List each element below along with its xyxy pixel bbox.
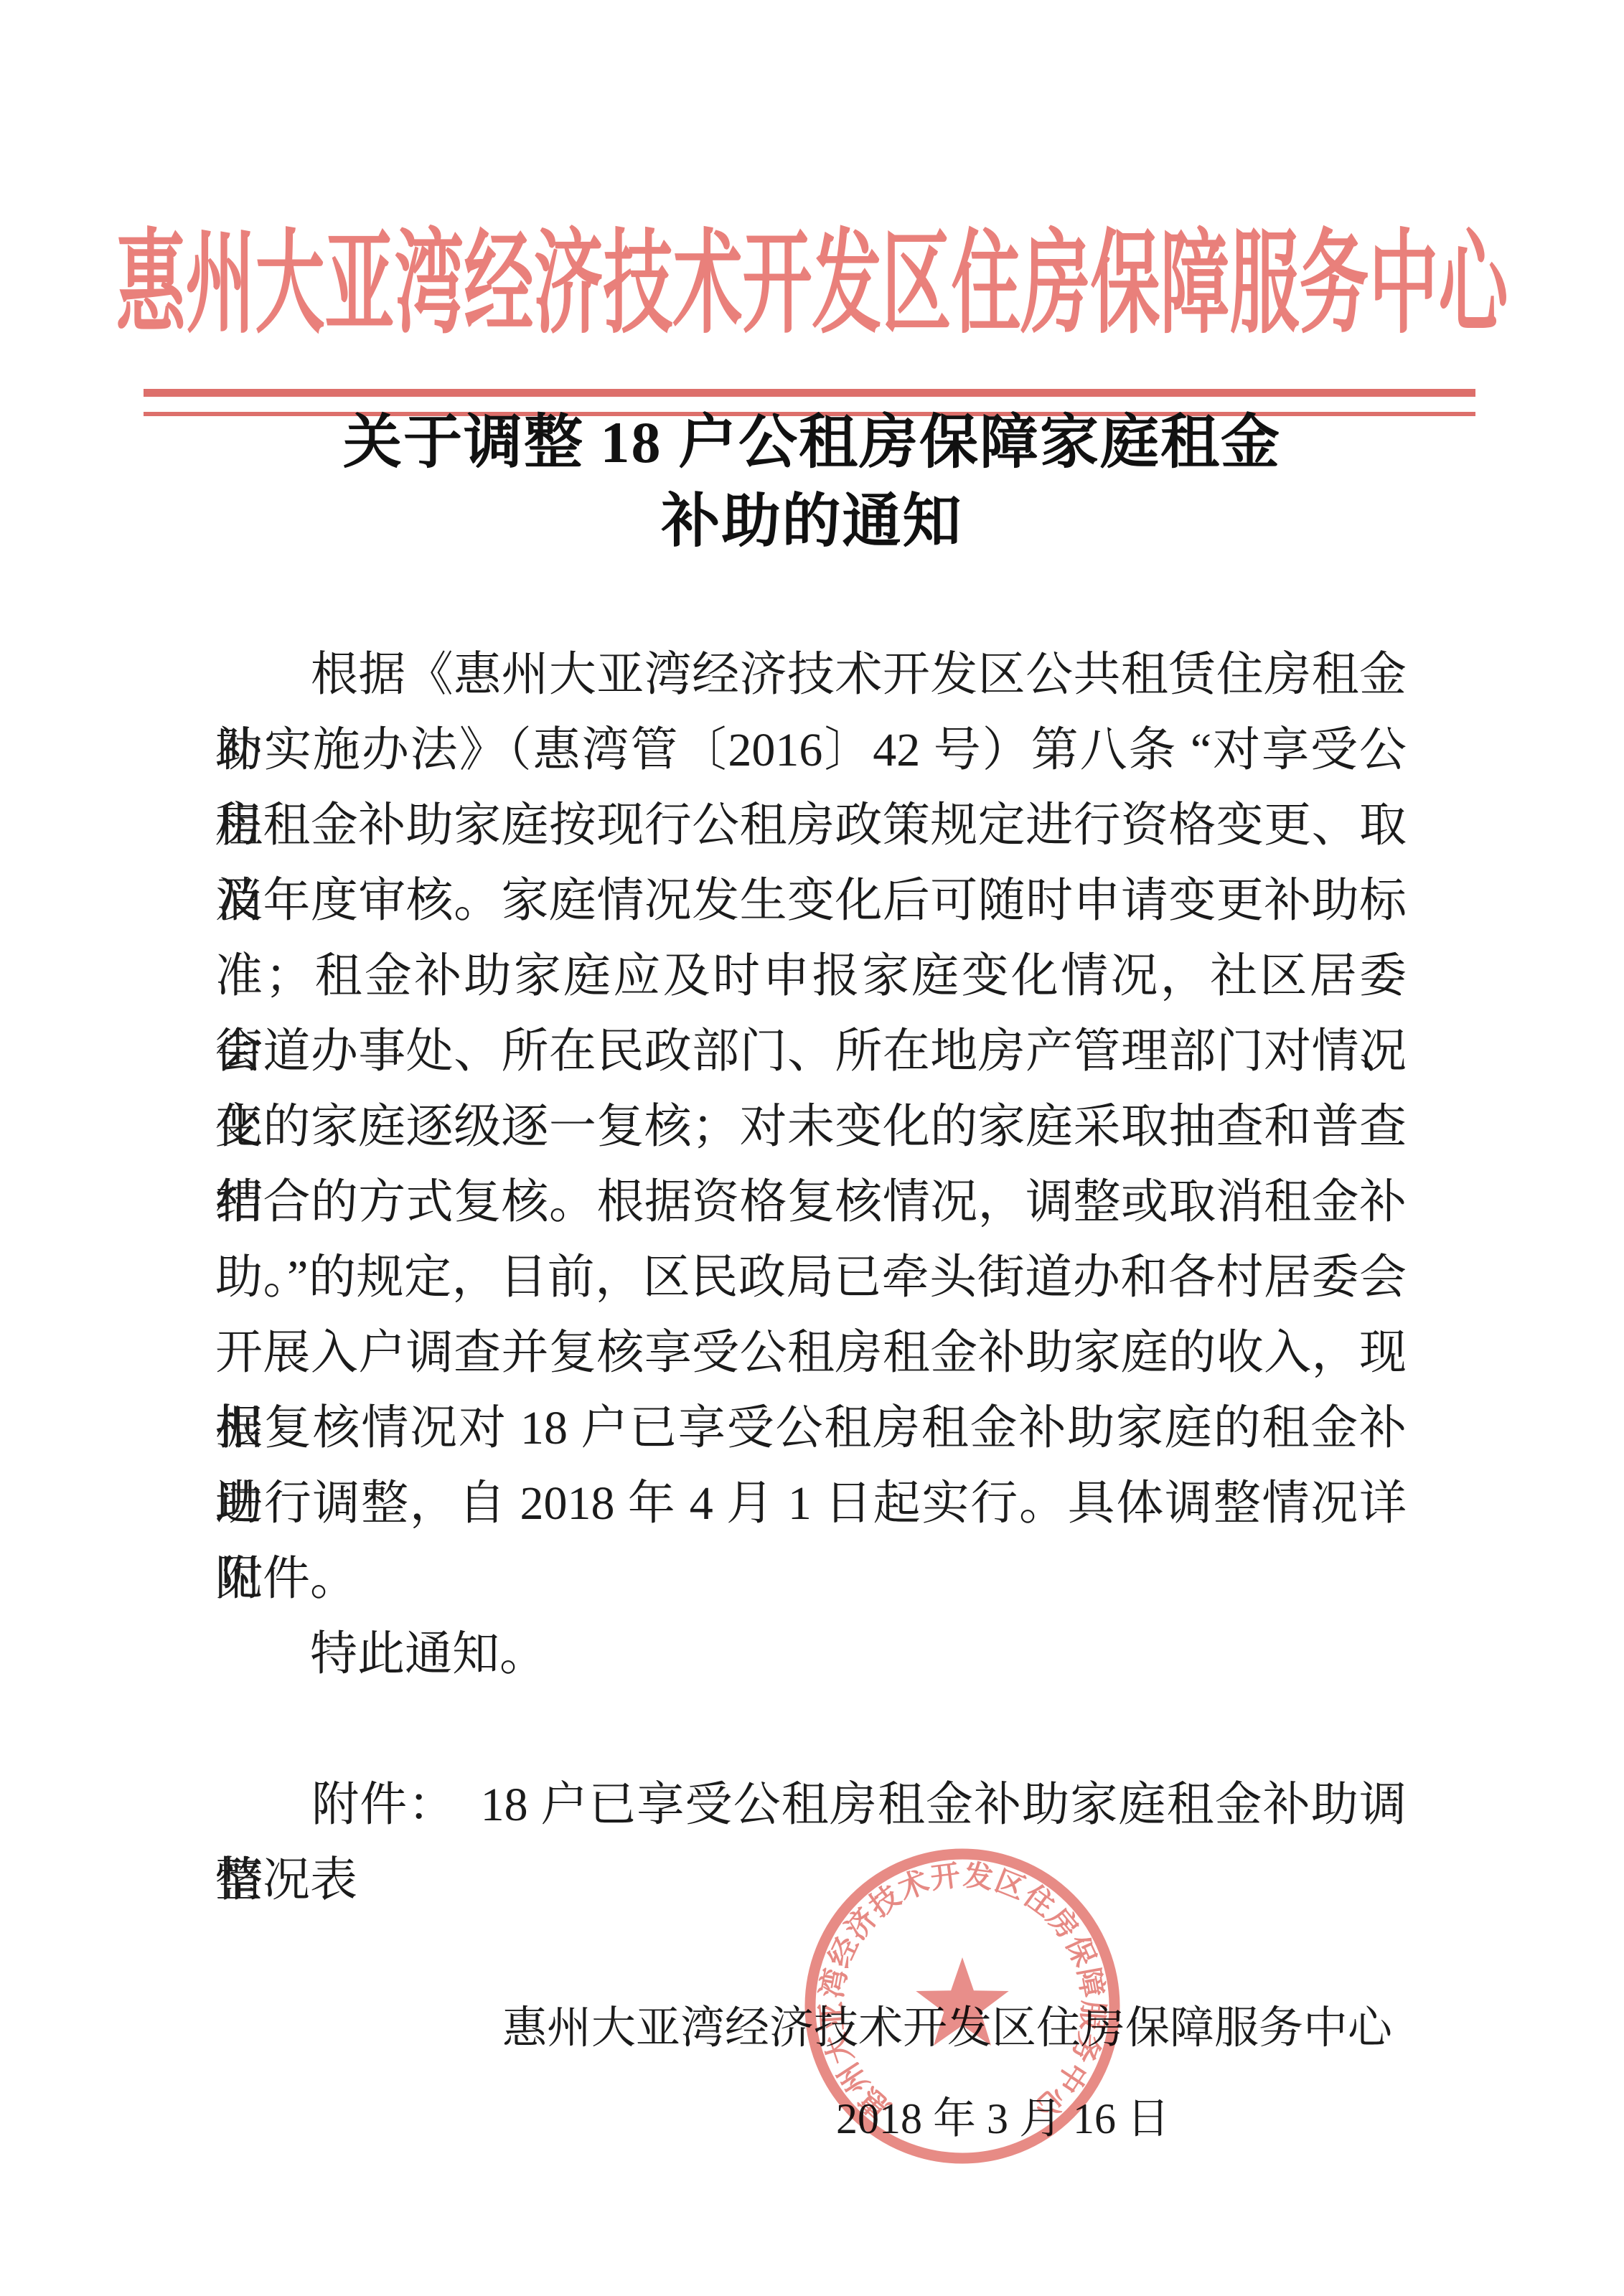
letterhead-rule-thick xyxy=(144,389,1475,397)
notice-title-line-2: 补助的通知 xyxy=(0,482,1624,561)
body-line: 街道办事处、所在民政部门、所在地房产管理部门对情况变 xyxy=(215,1014,1407,1089)
body-line: 准；租金补助家庭应及时申报家庭变化情况，社区居委会、 xyxy=(215,938,1407,1014)
body-line: 助实施办法》（惠湾管〔2016〕42 号）第八条 “对享受公租 xyxy=(215,712,1407,788)
notice-body: 根据《惠州大亚湾经济技术开发区公共租赁住房租金补助实施办法》（惠湾管〔2016〕… xyxy=(215,637,1407,1918)
body-line: 开展入户调查并复核享受公租房租金补助家庭的收入，现根 xyxy=(215,1315,1407,1391)
body-line: 化的家庭逐级逐一复核；对未变化的家庭采取抽查和普查相 xyxy=(215,1089,1407,1165)
body-line: 及年度审核。家庭情况发生变化后可随时申请变更补助标 xyxy=(215,863,1407,938)
notice-title-line-1: 关于调整 18 户公租房保障家庭租金 xyxy=(0,403,1624,482)
body-line: 结合的方式复核。根据资格复核情况，调整或取消租金补 xyxy=(215,1165,1407,1240)
body-line: 附件： 18 户已享受公租房租金补助家庭租金补助调整 xyxy=(215,1767,1407,1843)
body-line: 附件。 xyxy=(215,1541,1407,1617)
seal-star-icon xyxy=(916,1957,1008,2046)
body-line: 根据《惠州大亚湾经济技术开发区公共租赁住房租金补 xyxy=(215,637,1407,712)
document-page: 惠州大亚湾经济技术开发区住房保障服务中心 关于调整 18 户公租房保障家庭租金 … xyxy=(0,0,1624,2296)
notice-title: 关于调整 18 户公租房保障家庭租金 补助的通知 xyxy=(0,403,1624,561)
body-line: 房租金补助家庭按现行公租房政策规定进行资格变更、取消 xyxy=(215,788,1407,863)
letterhead-org-title: 惠州大亚湾经济技术开发区住房保障服务中心 xyxy=(0,228,1624,341)
body-line: 据复核情况对 18 户已享受公租房租金补助家庭的租金补助 xyxy=(215,1391,1407,1466)
body-line xyxy=(215,1692,1407,1767)
body-line: 进行调整，自 2018 年 4 月 1 日起实行。具体调整情况详见 xyxy=(215,1466,1407,1541)
official-seal: 惠州大亚湾经济技术开发区住房保障服务中心 xyxy=(800,1844,1125,2168)
body-line: 特此通知。 xyxy=(215,1617,1407,1692)
body-line: 助。”的规定，目前，区民政局已牵头街道办和各村居委会 xyxy=(215,1240,1407,1315)
